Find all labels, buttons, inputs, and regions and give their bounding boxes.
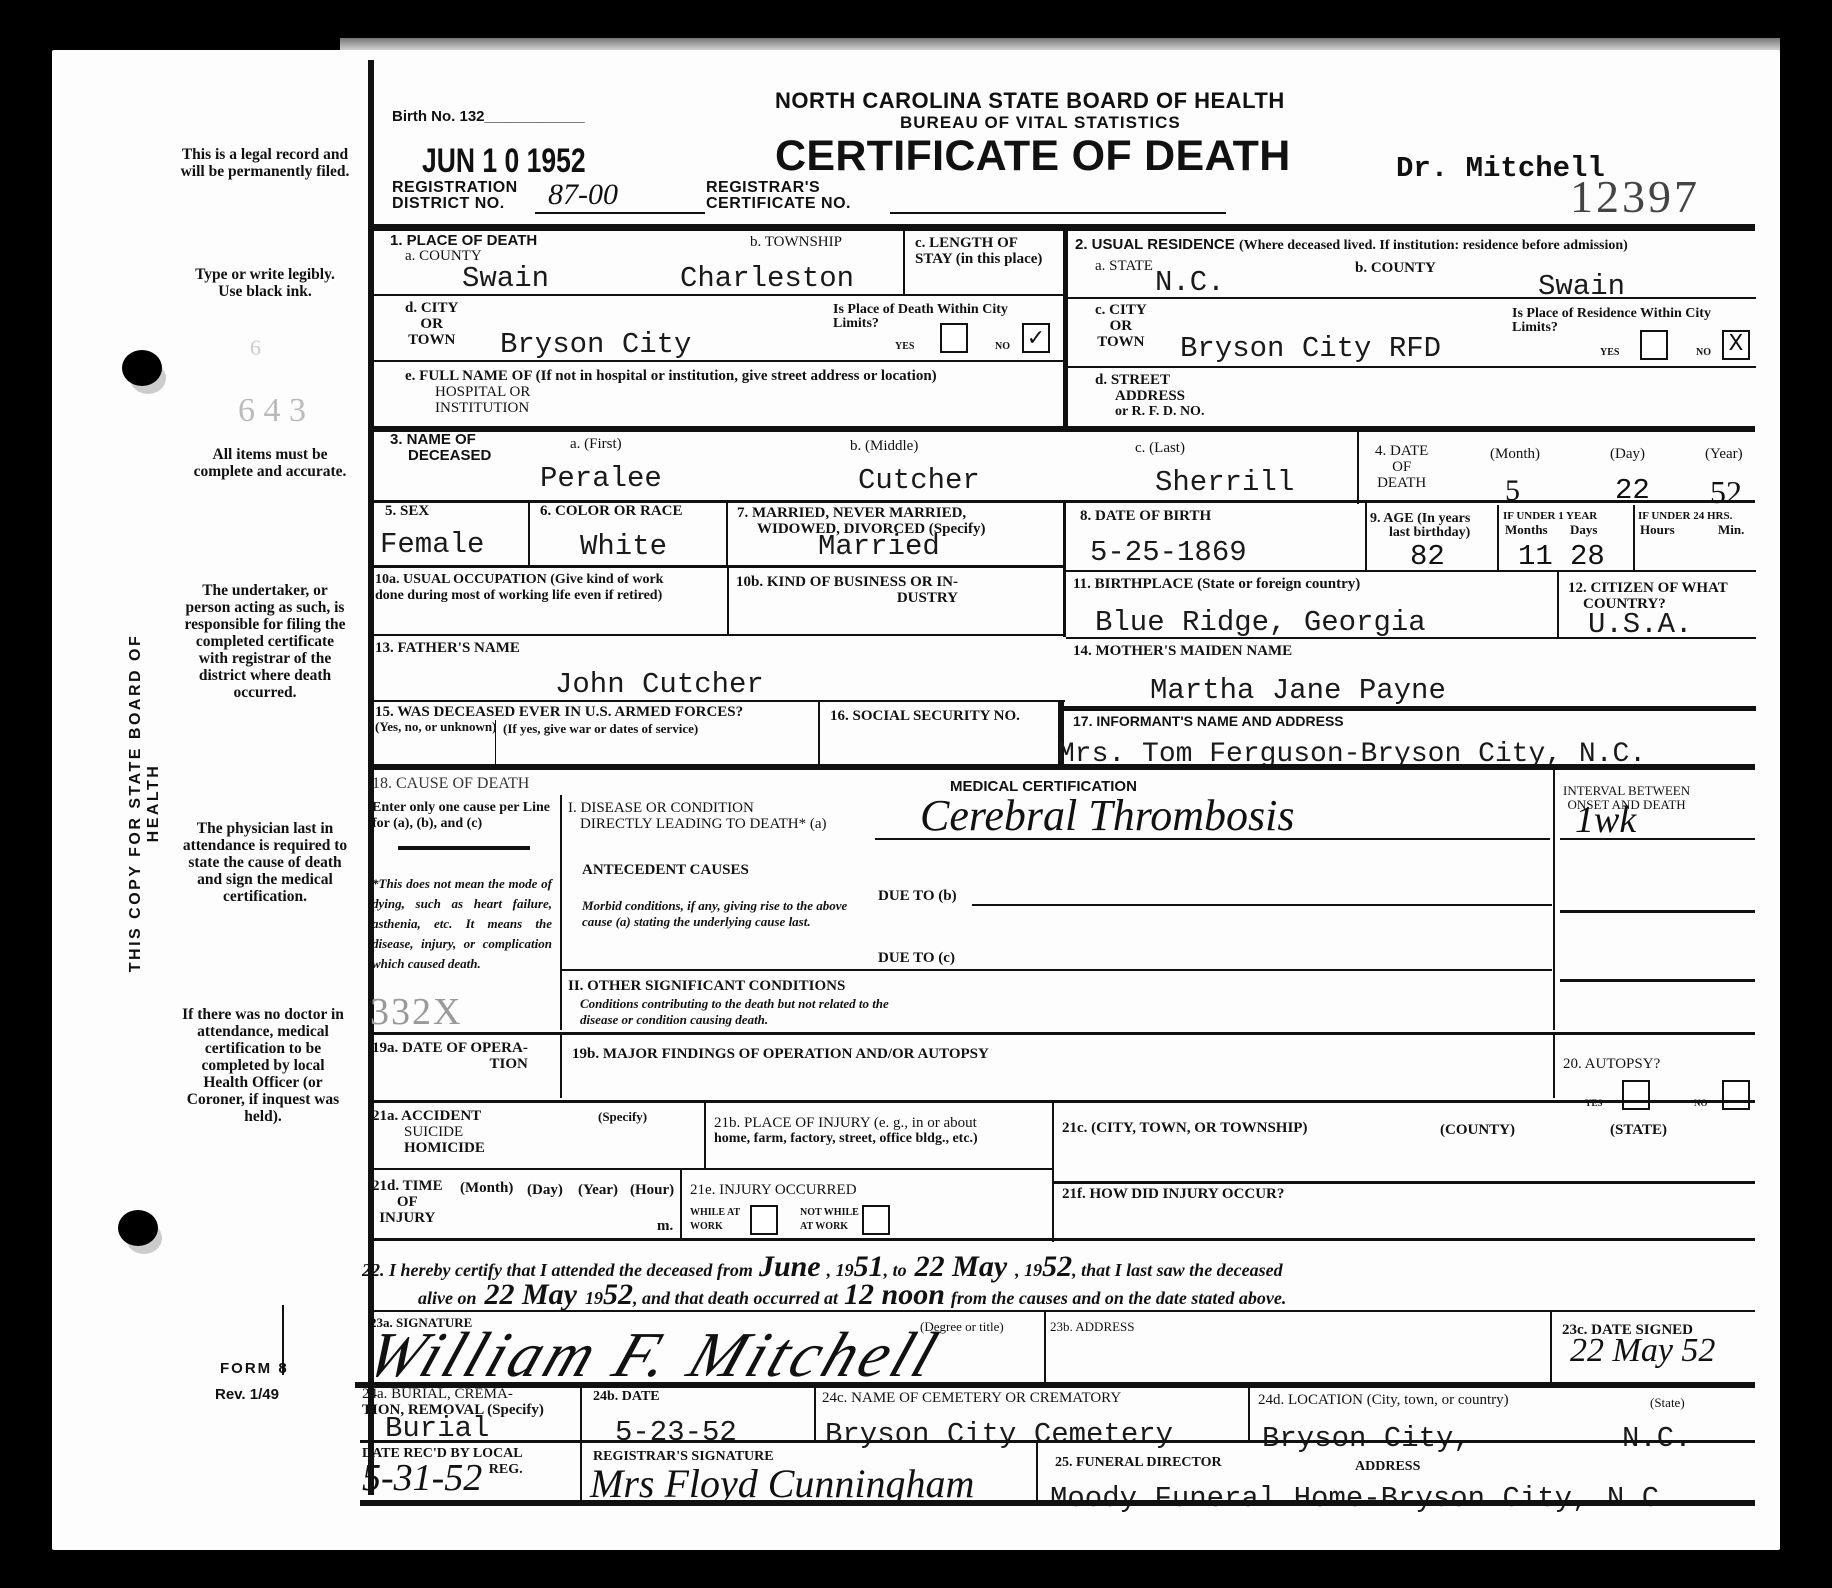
rule	[1557, 572, 1559, 638]
rule	[1060, 706, 1756, 711]
rule	[372, 700, 1065, 702]
rule	[1063, 228, 1068, 428]
funeral-address-label: ADDRESS	[1355, 1460, 1420, 1474]
occupation-label: 10a. USUAL OCCUPATION (Give kind of work…	[375, 572, 663, 604]
birth-number: Birth No. 132____________	[392, 108, 585, 125]
degree-label: (Degree or title)	[920, 1320, 1004, 1334]
received-date-stamp: JUN 1 0 1952	[422, 142, 586, 181]
pencil-mark: 6	[250, 335, 261, 361]
yes-label: YES	[1600, 346, 1619, 360]
disposition-date-label: 24b. DATE	[593, 1390, 660, 1404]
rule	[1052, 1102, 1054, 1242]
middle-name-value[interactable]: Cutcher	[858, 466, 980, 496]
registrar-certificate-label: REGISTRAR'SCERTIFICATE NO.	[706, 180, 851, 212]
death-city-value[interactable]: Bryson City	[500, 330, 691, 360]
rule	[1248, 1386, 1250, 1442]
cause-a-value[interactable]: Cerebral Thrombosis	[920, 790, 1294, 841]
minutes-label: Min.	[1718, 523, 1744, 537]
last-name-value[interactable]: Sherrill	[1155, 468, 1294, 498]
under-24-hrs-label: IF UNDER 24 HRS.	[1638, 509, 1732, 523]
physician-signature[interactable]: William F. Mitchell	[357, 1318, 951, 1392]
day-label: (Day)	[1610, 446, 1645, 462]
injury-county-label: (COUNTY)	[1440, 1122, 1515, 1138]
sidebar-note-complete: All items must be complete and accurate.	[185, 446, 355, 480]
name-label: 3. NAME OFDECEASED	[390, 432, 491, 464]
major-findings-label: 19b. MAJOR FINDINGS OF OPERATION AND/OR …	[572, 1046, 989, 1062]
vertical-copy-text: THIS COPY FOR STATE BOARD OF HEALTH	[127, 603, 163, 1003]
age-label: 9. AGE (In yearslast birthday)	[1370, 512, 1470, 540]
injury-city-label: 21c. (CITY, TOWN, OR TOWNSHIP)	[1062, 1120, 1307, 1136]
certification-line-2: alive on22 May1952, and that death occur…	[418, 1278, 1286, 1312]
usual-residence-header: 2. USUAL RESIDENCE (Where deceased lived…	[1075, 236, 1628, 254]
place-of-death-header: 1. PLACE OF DEATH	[390, 232, 537, 249]
part-2-label: II. OTHER SIGNIFICANT CONDITIONS	[568, 978, 845, 994]
death-within-limits-yes-checkbox[interactable]	[940, 323, 968, 353]
rule	[1497, 505, 1499, 571]
burial-state-value[interactable]: N.C.	[1622, 1424, 1692, 1454]
father-name-label: 13. FATHER'S NAME	[375, 640, 520, 656]
days-label: Days	[1570, 523, 1597, 537]
while-at-work-checkbox[interactable]	[750, 1205, 778, 1235]
injury-place-label: 21b. PLACE OF INJURY (e. g., in or about…	[714, 1115, 978, 1147]
no-label: NO	[995, 340, 1010, 354]
due-to-b-label: DUE TO (b)	[878, 888, 957, 904]
informant-label: 17. INFORMANT'S NAME AND ADDRESS	[1073, 713, 1344, 729]
middle-name-label: b. (Middle)	[850, 438, 918, 454]
alive-on-year[interactable]: 52	[603, 1278, 633, 1311]
rule	[680, 1170, 682, 1240]
rule	[1357, 432, 1359, 504]
age-months-value[interactable]: 11	[1518, 540, 1553, 573]
rule	[372, 764, 1755, 770]
part-1-label: I. DISEASE OR CONDITIONDIRECTLY LEADING …	[568, 800, 827, 832]
injury-state-label: (STATE)	[1610, 1122, 1667, 1138]
rule	[1553, 770, 1555, 1030]
rule	[360, 1500, 1755, 1506]
within-limits-label: Is Place of Death Within CityLimits?	[833, 303, 1008, 331]
hour-label: (Hour)	[630, 1182, 674, 1198]
length-of-stay-label: c. LENGTH OFSTAY (in this place)	[915, 235, 1042, 267]
underline	[890, 212, 1226, 214]
under-1-year-label: IF UNDER 1 YEAR	[1503, 509, 1597, 523]
registration-district-label: REGISTRATIONDISTRICT NO.	[392, 180, 518, 212]
autopsy-label: 20. AUTOPSY?	[1563, 1056, 1660, 1072]
specify-label: (Specify)	[598, 1110, 647, 1124]
rule	[372, 426, 1755, 432]
disposition-date-value[interactable]: 5-23-52	[615, 1418, 737, 1448]
form-revision: Rev. 1/49	[215, 1386, 279, 1403]
city-label: c. CITYORTOWN	[1095, 302, 1147, 350]
day-label: (Day)	[527, 1182, 563, 1198]
rule	[1550, 1312, 1552, 1384]
death-year-value[interactable]: 52	[1710, 474, 1742, 511]
rule	[1066, 297, 1756, 299]
pencil-mark: 6 4 3	[238, 392, 306, 430]
rule	[372, 360, 1065, 362]
city-label: d. CITYORTOWN	[405, 300, 458, 348]
age-years-value[interactable]: 82	[1410, 540, 1445, 573]
yes-label: YES	[1585, 1096, 1603, 1110]
rule	[1560, 979, 1755, 982]
street-label: d. STREETADDRESSor R. F. D. NO.	[1095, 372, 1204, 420]
rule	[528, 502, 530, 566]
cause-of-death-label: 18. CAUSE OF DEATH	[372, 776, 529, 792]
autopsy-no-checkbox[interactable]	[1722, 1080, 1750, 1110]
rule	[372, 1168, 1052, 1170]
part-2-note: Conditions contributing to the death but…	[580, 996, 900, 1028]
residence-city-value[interactable]: Bryson City RFD	[1180, 334, 1441, 364]
death-county-value[interactable]: Swain	[462, 264, 549, 294]
armed-forces-label: 15. WAS DECEASED EVER IN U.S. ARMED FORC…	[375, 704, 743, 720]
race-value[interactable]: White	[580, 532, 667, 562]
hours-label: Hours	[1640, 523, 1675, 537]
cause-instructions: Enter only one cause per Line for (a), (…	[372, 800, 557, 832]
rule	[372, 1032, 1755, 1035]
rule	[1066, 570, 1756, 572]
cause-code-value: 332X	[370, 990, 462, 1034]
injury-occurred-label: 21e. INJURY OCCURRED	[690, 1182, 857, 1198]
state-label: a. STATE	[1095, 258, 1153, 274]
citizenship-value[interactable]: U.S.A.	[1588, 610, 1692, 640]
rule	[398, 846, 530, 850]
rule	[1553, 1034, 1555, 1098]
registration-district-no[interactable]: 87-00	[548, 178, 618, 212]
year-label: (Year)	[578, 1182, 618, 1198]
year-label: (Year)	[1705, 446, 1743, 462]
no-label: NO	[1696, 346, 1711, 360]
yes-label: YES	[895, 340, 914, 354]
date-of-birth-label: 8. DATE OF BIRTH	[1080, 508, 1211, 524]
burial-location-label: 24d. LOCATION (City, town, or country)	[1258, 1392, 1509, 1408]
rule	[972, 904, 1552, 906]
mother-maiden-name-label: 14. MOTHER'S MAIDEN NAME	[1073, 643, 1292, 659]
death-time-value[interactable]: 12 noon	[838, 1278, 951, 1311]
first-name-value[interactable]: Peralee	[540, 464, 662, 494]
cause-footnote: *This does not mean the mode of dying, s…	[372, 874, 552, 974]
rule	[1560, 910, 1755, 913]
residence-within-limits-yes-checkbox[interactable]	[1640, 330, 1668, 360]
alive-on-date[interactable]: 22 May	[477, 1278, 586, 1311]
rule	[372, 1238, 1755, 1241]
residence-within-limits-no-checkbox[interactable]: X	[1722, 330, 1750, 360]
not-while-at-work-checkbox[interactable]	[862, 1205, 890, 1235]
death-within-limits-no-checkbox[interactable]: ✓	[1022, 323, 1050, 353]
rule	[372, 1310, 1755, 1312]
rule	[1066, 637, 1756, 639]
rule	[372, 294, 1065, 296]
rule	[1560, 838, 1755, 840]
injury-time-label: 21d. TIMEOFINJURY	[372, 1178, 443, 1226]
date-received-value[interactable]: 5-31-52	[362, 1456, 482, 1500]
rule	[875, 838, 1550, 840]
funeral-director-label: 25. FUNERAL DIRECTOR	[1055, 1456, 1222, 1470]
date-of-birth-value[interactable]: 5-25-1869	[1090, 538, 1247, 568]
rule	[704, 1102, 706, 1170]
rule	[355, 1382, 1755, 1388]
date-of-death-label: 4. DATEOFDEATH	[1375, 443, 1428, 491]
no-label: NO	[1694, 1096, 1708, 1110]
rule	[560, 1034, 562, 1098]
sidebar-note-legibly: Type or write legibly. Use black ink.	[190, 266, 340, 300]
date-signed-value[interactable]: 22 May 52	[1570, 1332, 1715, 1370]
cemetery-value[interactable]: Bryson City Cemetery	[825, 1420, 1173, 1450]
form-number: FORM 8	[220, 1360, 289, 1377]
age-days-value[interactable]: 28	[1570, 540, 1605, 573]
meridiem-label: m.	[657, 1218, 673, 1234]
race-label: 6. COLOR OR RACE	[540, 503, 683, 519]
month-label: (Month)	[460, 1180, 513, 1196]
certificate-title: CERTIFICATE OF DEATH	[775, 132, 1291, 181]
punch-hole	[118, 1210, 158, 1246]
rule	[372, 634, 1065, 636]
death-township-value[interactable]: Charleston	[680, 264, 854, 294]
due-to-c-label: DUE TO (c)	[878, 950, 955, 966]
punch-hole	[122, 350, 162, 386]
armed-forces-sublabel: (Yes, no, or unknown)	[375, 720, 497, 734]
rule	[726, 502, 728, 566]
birthplace-label: 11. BIRTHPLACE (State or foreign country…	[1073, 576, 1360, 592]
business-label: 10b. KIND OF BUSINESS OR IN-DUSTRY	[736, 574, 958, 606]
while-at-work-label: WHILE AT WORK	[690, 1206, 748, 1234]
township-label: b. TOWNSHIP	[750, 234, 842, 250]
rule	[495, 720, 496, 766]
rule	[580, 1386, 582, 1502]
sex-label: 5. SEX	[385, 503, 429, 519]
within-limits-label: Is Place of Residence Within CityLimits?	[1512, 307, 1711, 335]
operation-date-label: 19a. DATE OF OPERA-TION	[372, 1040, 528, 1072]
sidebar-note-legal: This is a legal record and will be perma…	[180, 146, 350, 180]
county-label: b. COUNTY	[1355, 260, 1436, 276]
hospital-label: e. FULL NAME OF (If not in hospital or i…	[405, 368, 937, 416]
residence-state-value[interactable]: N.C.	[1155, 268, 1225, 298]
rule	[372, 565, 1065, 568]
first-name-label: a. (First)	[570, 436, 622, 452]
rule	[1054, 1181, 1755, 1184]
sidebar-note-physician: The physician last in attendance is requ…	[180, 820, 350, 905]
rule	[360, 1440, 1755, 1443]
rule	[1036, 1442, 1038, 1502]
armed-forces-service-label: (If yes, give war or dates of service)	[503, 722, 698, 736]
rule	[727, 567, 729, 635]
sex-value[interactable]: Female	[380, 530, 484, 560]
not-while-at-work-label: NOT WHILE AT WORK	[800, 1206, 870, 1234]
pencil-stroke	[282, 1305, 284, 1375]
birthplace-value[interactable]: Blue Ridge, Georgia	[1095, 608, 1426, 638]
rule	[814, 1386, 816, 1442]
father-name-value[interactable]: John Cutcher	[555, 670, 764, 700]
antecedent-note: Morbid conditions, if any, giving rise t…	[582, 898, 872, 930]
bureau-title: BUREAU OF VITAL STATISTICS	[900, 113, 1181, 133]
cemetery-label: 24c. NAME OF CEMETERY OR CREMATORY	[822, 1390, 1121, 1406]
rule	[1365, 503, 1367, 571]
month-label: (Month)	[1490, 446, 1540, 462]
rule	[818, 702, 820, 766]
sidebar-note-undertaker: The undertaker, or person acting as such…	[180, 582, 350, 701]
rule	[903, 228, 905, 296]
underline	[535, 212, 705, 214]
how-injury-label: 21f. HOW DID INJURY OCCUR?	[1062, 1186, 1284, 1202]
autopsy-yes-checkbox[interactable]	[1622, 1080, 1650, 1110]
certificate-number: 12397	[1570, 170, 1700, 223]
rule	[562, 969, 1552, 971]
months-label: Months	[1505, 523, 1548, 537]
physician-address-label: 23b. ADDRESS	[1050, 1320, 1135, 1334]
interval-a-value[interactable]: 1wk	[1575, 798, 1636, 842]
rule	[1066, 366, 1756, 368]
rule	[372, 1100, 1755, 1103]
funeral-director-value[interactable]: Moody Funeral Home-Bryson City, N.C.	[1050, 1484, 1677, 1514]
injury-type-label: 21a. ACCIDENTSUICIDEHOMICIDE	[372, 1108, 485, 1156]
mother-maiden-name-value[interactable]: Martha Jane Payne	[1150, 676, 1446, 706]
antecedent-causes-label: ANTECEDENT CAUSES	[582, 862, 749, 878]
rule	[1633, 505, 1635, 571]
rule	[560, 795, 562, 1030]
sidebar-note-no-doctor: If there was no doctor in attendance, me…	[178, 1006, 348, 1125]
rule	[1044, 1312, 1046, 1384]
marital-value[interactable]: Married	[818, 532, 940, 562]
last-name-label: c. (Last)	[1135, 440, 1185, 456]
burial-state-label: (State)	[1650, 1396, 1685, 1410]
issuer-title: NORTH CAROLINA STATE BOARD OF HEALTH	[775, 88, 1285, 114]
social-security-label: 16. SOCIAL SECURITY NO.	[830, 708, 1020, 724]
burial-location-value[interactable]: Bryson City,	[1262, 1424, 1471, 1454]
